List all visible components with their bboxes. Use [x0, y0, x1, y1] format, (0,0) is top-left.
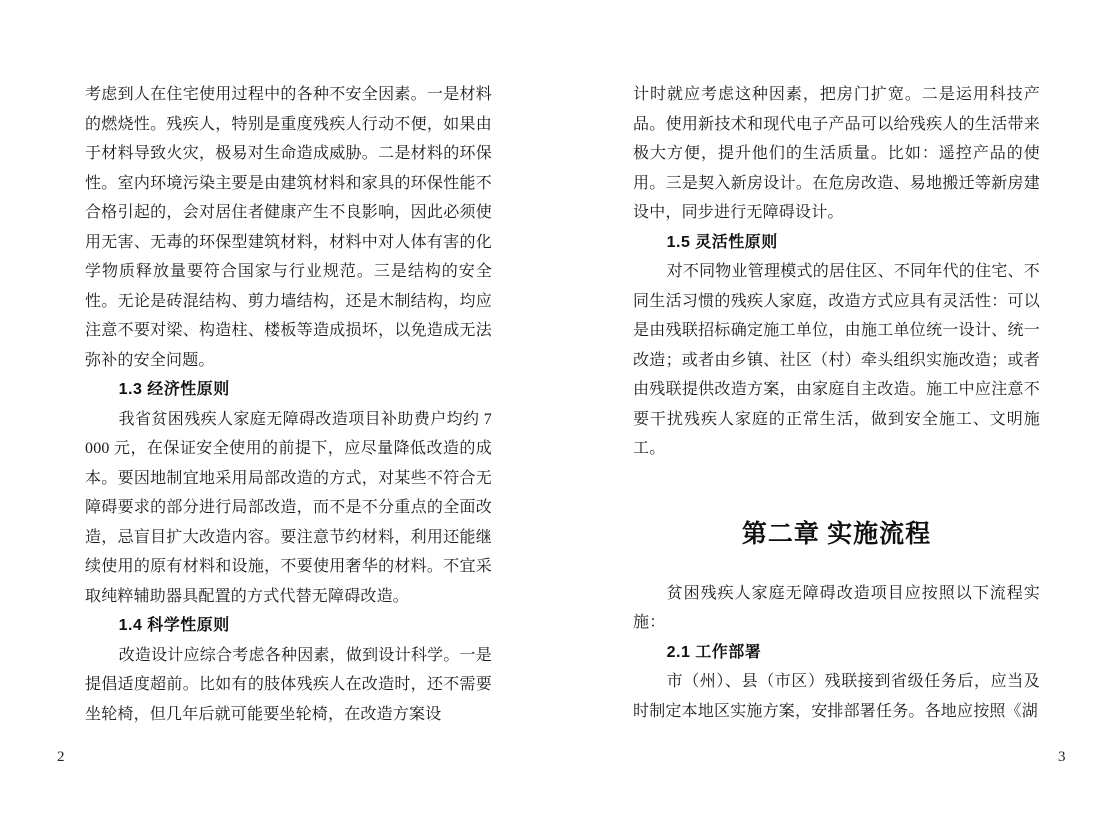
- right-page: 计时就应考虑这种因素，把房门扩宽。二是运用科技产品。使用新技术和现代电子产品可以…: [633, 80, 1040, 726]
- paragraph-flexibility-principle: 对不同物业管理模式的居住区、不同年代的住宅、不同生活习惯的残疾人家庭，改造方式应…: [633, 257, 1040, 464]
- section-heading-1-3: 1.3 经济性原则: [85, 375, 492, 405]
- section-heading-1-4: 1.4 科学性原则: [85, 611, 492, 641]
- left-paragraph-continuation: 考虑到人在住宅使用过程中的各种不安全因素。一是材料的燃烧性。残疾人，特别是重度残…: [85, 80, 492, 375]
- paragraph-work-deployment: 市（州）、县（市区）残联接到省级任务后，应当及时制定本地区实施方案，安排部署任务…: [633, 667, 1040, 726]
- paragraph-economy-principle: 我省贫困残疾人家庭无障碍改造项目补助费户均约 7000 元，在保证安全使用的前提…: [85, 405, 492, 612]
- right-paragraph-continuation: 计时就应考虑这种因素，把房门扩宽。二是运用科技产品。使用新技术和现代电子产品可以…: [633, 80, 1040, 228]
- left-page: 考虑到人在住宅使用过程中的各种不安全因素。一是材料的燃烧性。残疾人，特别是重度残…: [85, 80, 492, 729]
- book-spread: 考虑到人在住宅使用过程中的各种不安全因素。一是材料的燃烧性。残疾人，特别是重度残…: [0, 0, 1118, 816]
- section-heading-1-5: 1.5 灵活性原则: [633, 228, 1040, 258]
- page-number-right: 3: [1058, 748, 1066, 766]
- page-number-left: 2: [57, 748, 65, 766]
- paragraph-process-intro: 贫困残疾人家庭无障碍改造项目应按照以下流程实施：: [633, 579, 1040, 638]
- section-heading-2-1: 2.1 工作部署: [633, 638, 1040, 668]
- chapter-2-title: 第二章 实施流程: [633, 515, 1040, 555]
- paragraph-science-principle: 改造设计应综合考虑各种因素，做到设计科学。一是提倡适度超前。比如有的肢体残疾人在…: [85, 641, 492, 730]
